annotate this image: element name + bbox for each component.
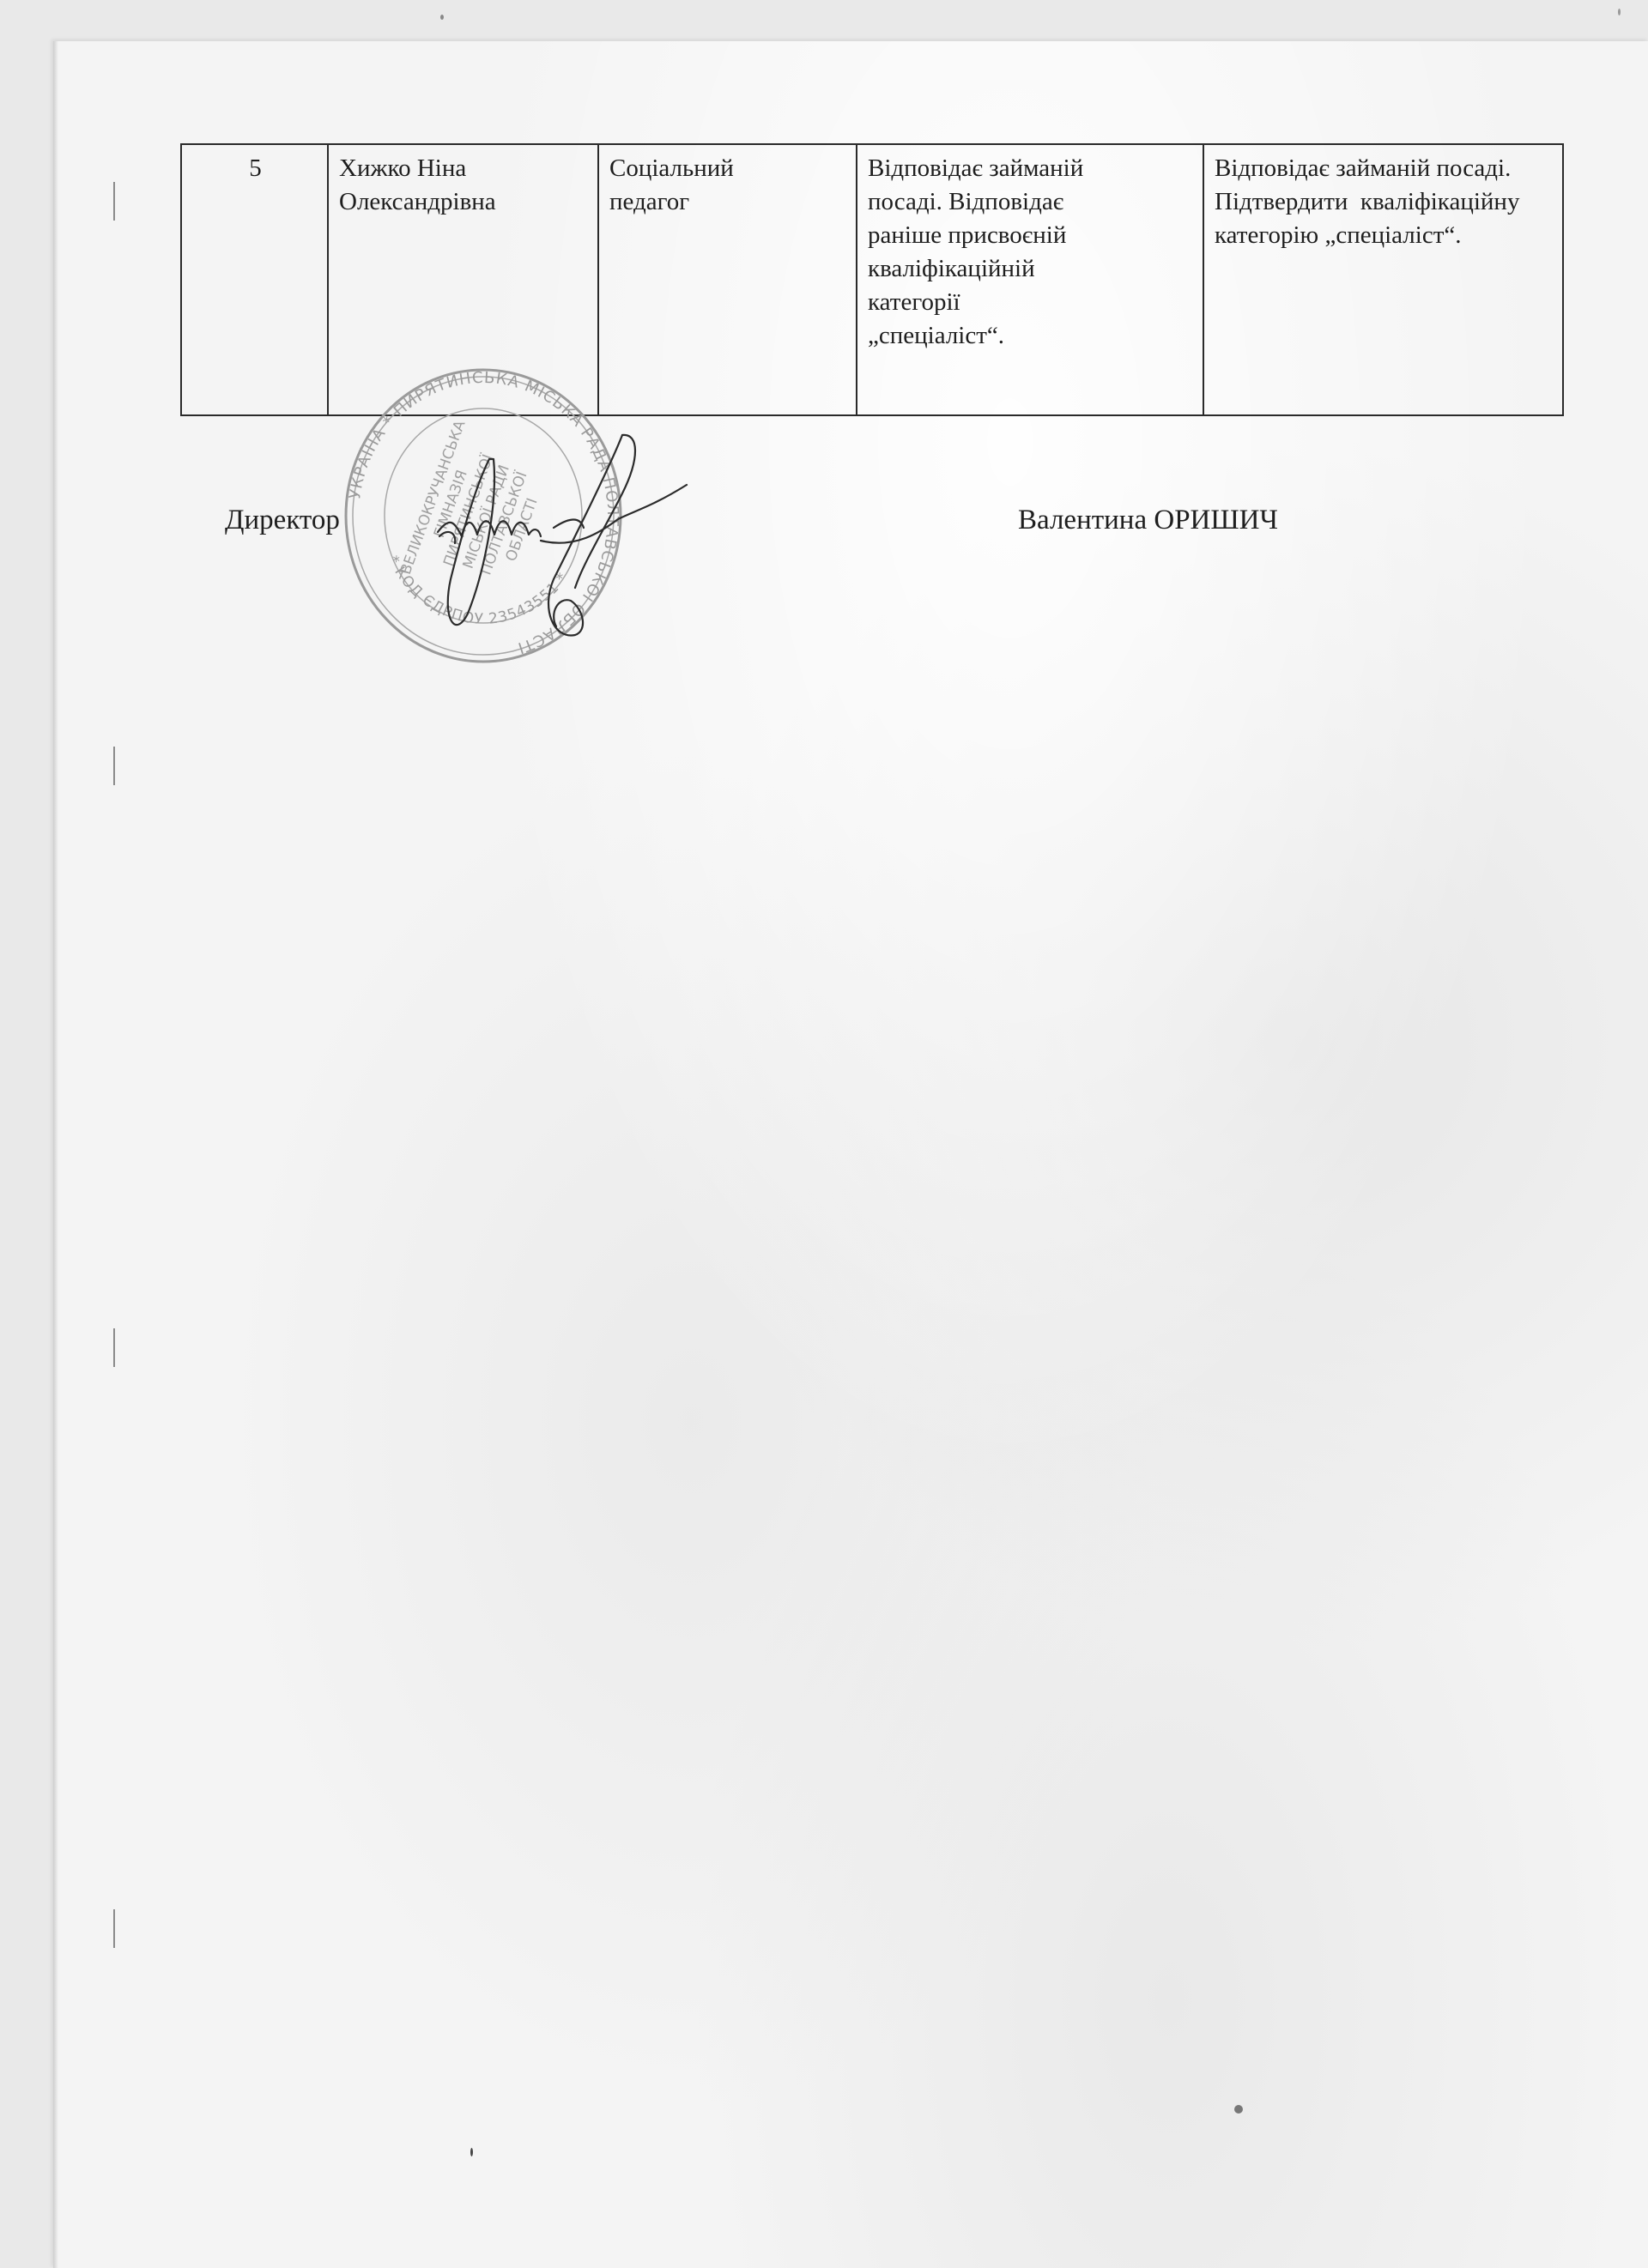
name-line: Хижко Ніна bbox=[339, 152, 589, 185]
signatory-role: Директор bbox=[225, 505, 340, 536]
cell-number: 5 bbox=[181, 144, 328, 415]
speck bbox=[440, 15, 444, 20]
result-line: Відповідає займаній bbox=[868, 152, 1194, 185]
result-line: „спеціаліст“. bbox=[868, 319, 1194, 353]
speck bbox=[1234, 2105, 1243, 2114]
speck bbox=[1618, 9, 1621, 15]
margin-mark bbox=[113, 1909, 115, 1948]
cell-decision: Відповідає займаній посаді. Підтвердити … bbox=[1203, 144, 1563, 415]
cell-result: Відповідає займаній посаді. Відповідає р… bbox=[857, 144, 1203, 415]
speck bbox=[470, 2148, 473, 2156]
position-line: педагог bbox=[609, 185, 847, 219]
margin-mark bbox=[113, 747, 115, 785]
margin-mark bbox=[113, 182, 115, 221]
row-number: 5 bbox=[249, 154, 262, 182]
decision-line: Підтвердити кваліфікаційну bbox=[1215, 185, 1554, 219]
signatory-name: Валентина ОРИШИЧ bbox=[1018, 505, 1278, 536]
cell-position: Соціальний педагог bbox=[598, 144, 857, 415]
name-line: Олександрівна bbox=[339, 185, 589, 219]
result-line: кваліфікаційній bbox=[868, 252, 1194, 286]
margin-mark bbox=[113, 1328, 115, 1367]
decision-line: категорію „спеціаліст“. bbox=[1215, 219, 1554, 252]
result-line: категорії bbox=[868, 286, 1194, 319]
position-line: Соціальний bbox=[609, 152, 847, 185]
result-line: посаді. Відповідає bbox=[868, 185, 1194, 219]
signature-block: Директор Валентина ОРИШИЧ bbox=[0, 505, 1648, 556]
decision-line: Відповідає займаній посаді. bbox=[1215, 152, 1554, 185]
page-edge-shadow bbox=[53, 41, 58, 2268]
result-line: раніше присвоєній bbox=[868, 219, 1194, 252]
